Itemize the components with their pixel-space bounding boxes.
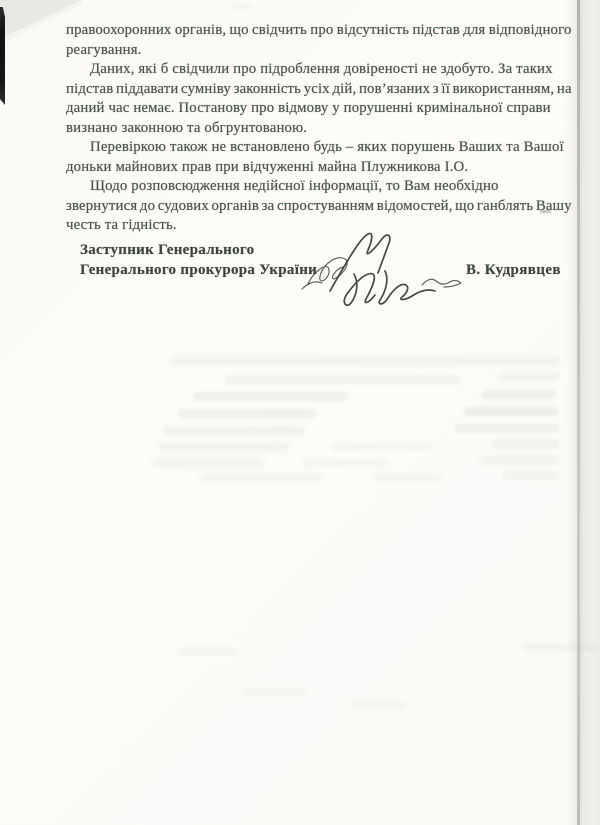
scanner-background-strip xyxy=(580,0,600,825)
letter-text-line: Даних, які б свідчили про підроблення до… xyxy=(66,60,572,80)
letter-text-line: реагування. xyxy=(66,41,572,61)
ink-bleed-smudge xyxy=(332,443,432,451)
ink-bleed-smudge xyxy=(352,701,406,708)
ink-bleed-smudge xyxy=(372,474,442,482)
ink-bleed-smudge xyxy=(480,456,560,465)
ink-bleed-smudge xyxy=(178,647,238,655)
scan-black-edge-artifact xyxy=(0,7,5,105)
letter-text-line: звернутися до судових органів за спросту… xyxy=(66,197,572,217)
ink-bleed-smudge xyxy=(225,375,460,384)
handwritten-signature-icon xyxy=(296,227,468,313)
ink-bleed-smudge xyxy=(464,407,558,416)
ink-bleed-smudge xyxy=(454,424,560,433)
letter-text-line: доньки майнових прав при відчуженні майн… xyxy=(66,158,572,178)
ink-bleed-smudge xyxy=(482,390,556,399)
ink-bleed-smudge xyxy=(163,426,305,435)
ink-bleed-smudge xyxy=(498,373,560,381)
letter-text-line: даний час немає. Постанову про відмову у… xyxy=(66,99,572,119)
letter-text-line: правоохоронних органів, що свідчить про … xyxy=(66,21,572,41)
scanned-letter-page: правоохоронних органів, що свідчить про … xyxy=(0,0,600,825)
letter-text-line: Перевіркою також не встановлено будь – я… xyxy=(66,138,572,158)
letter-text-line: підстав піддавати сумніву законність усі… xyxy=(66,80,572,100)
ink-bleed-smudge xyxy=(170,357,560,366)
letter-body-text: правоохоронних органів, що свідчить про … xyxy=(66,21,572,236)
ink-bleed-smudge xyxy=(152,458,264,467)
ink-bleed-smudge xyxy=(242,688,306,696)
ink-bleed-smudge xyxy=(158,442,290,451)
ink-bleed-smudge xyxy=(178,409,316,418)
letter-text-line: визнано законною та обгрунтованою. xyxy=(66,119,572,139)
scan-smudge-mark xyxy=(540,210,551,213)
ink-bleed-smudge xyxy=(200,473,322,482)
ink-bleed-smudge xyxy=(193,392,348,401)
ink-bleed-smudge xyxy=(302,459,388,467)
ink-bleed-smudge xyxy=(232,4,252,9)
ink-bleed-smudge xyxy=(492,440,560,449)
letter-text-line: Щодо розповсюдження недійсної інформації… xyxy=(66,177,572,197)
ink-bleed-smudge xyxy=(502,471,560,480)
signer-name: В. Кудрявцев xyxy=(466,262,561,279)
